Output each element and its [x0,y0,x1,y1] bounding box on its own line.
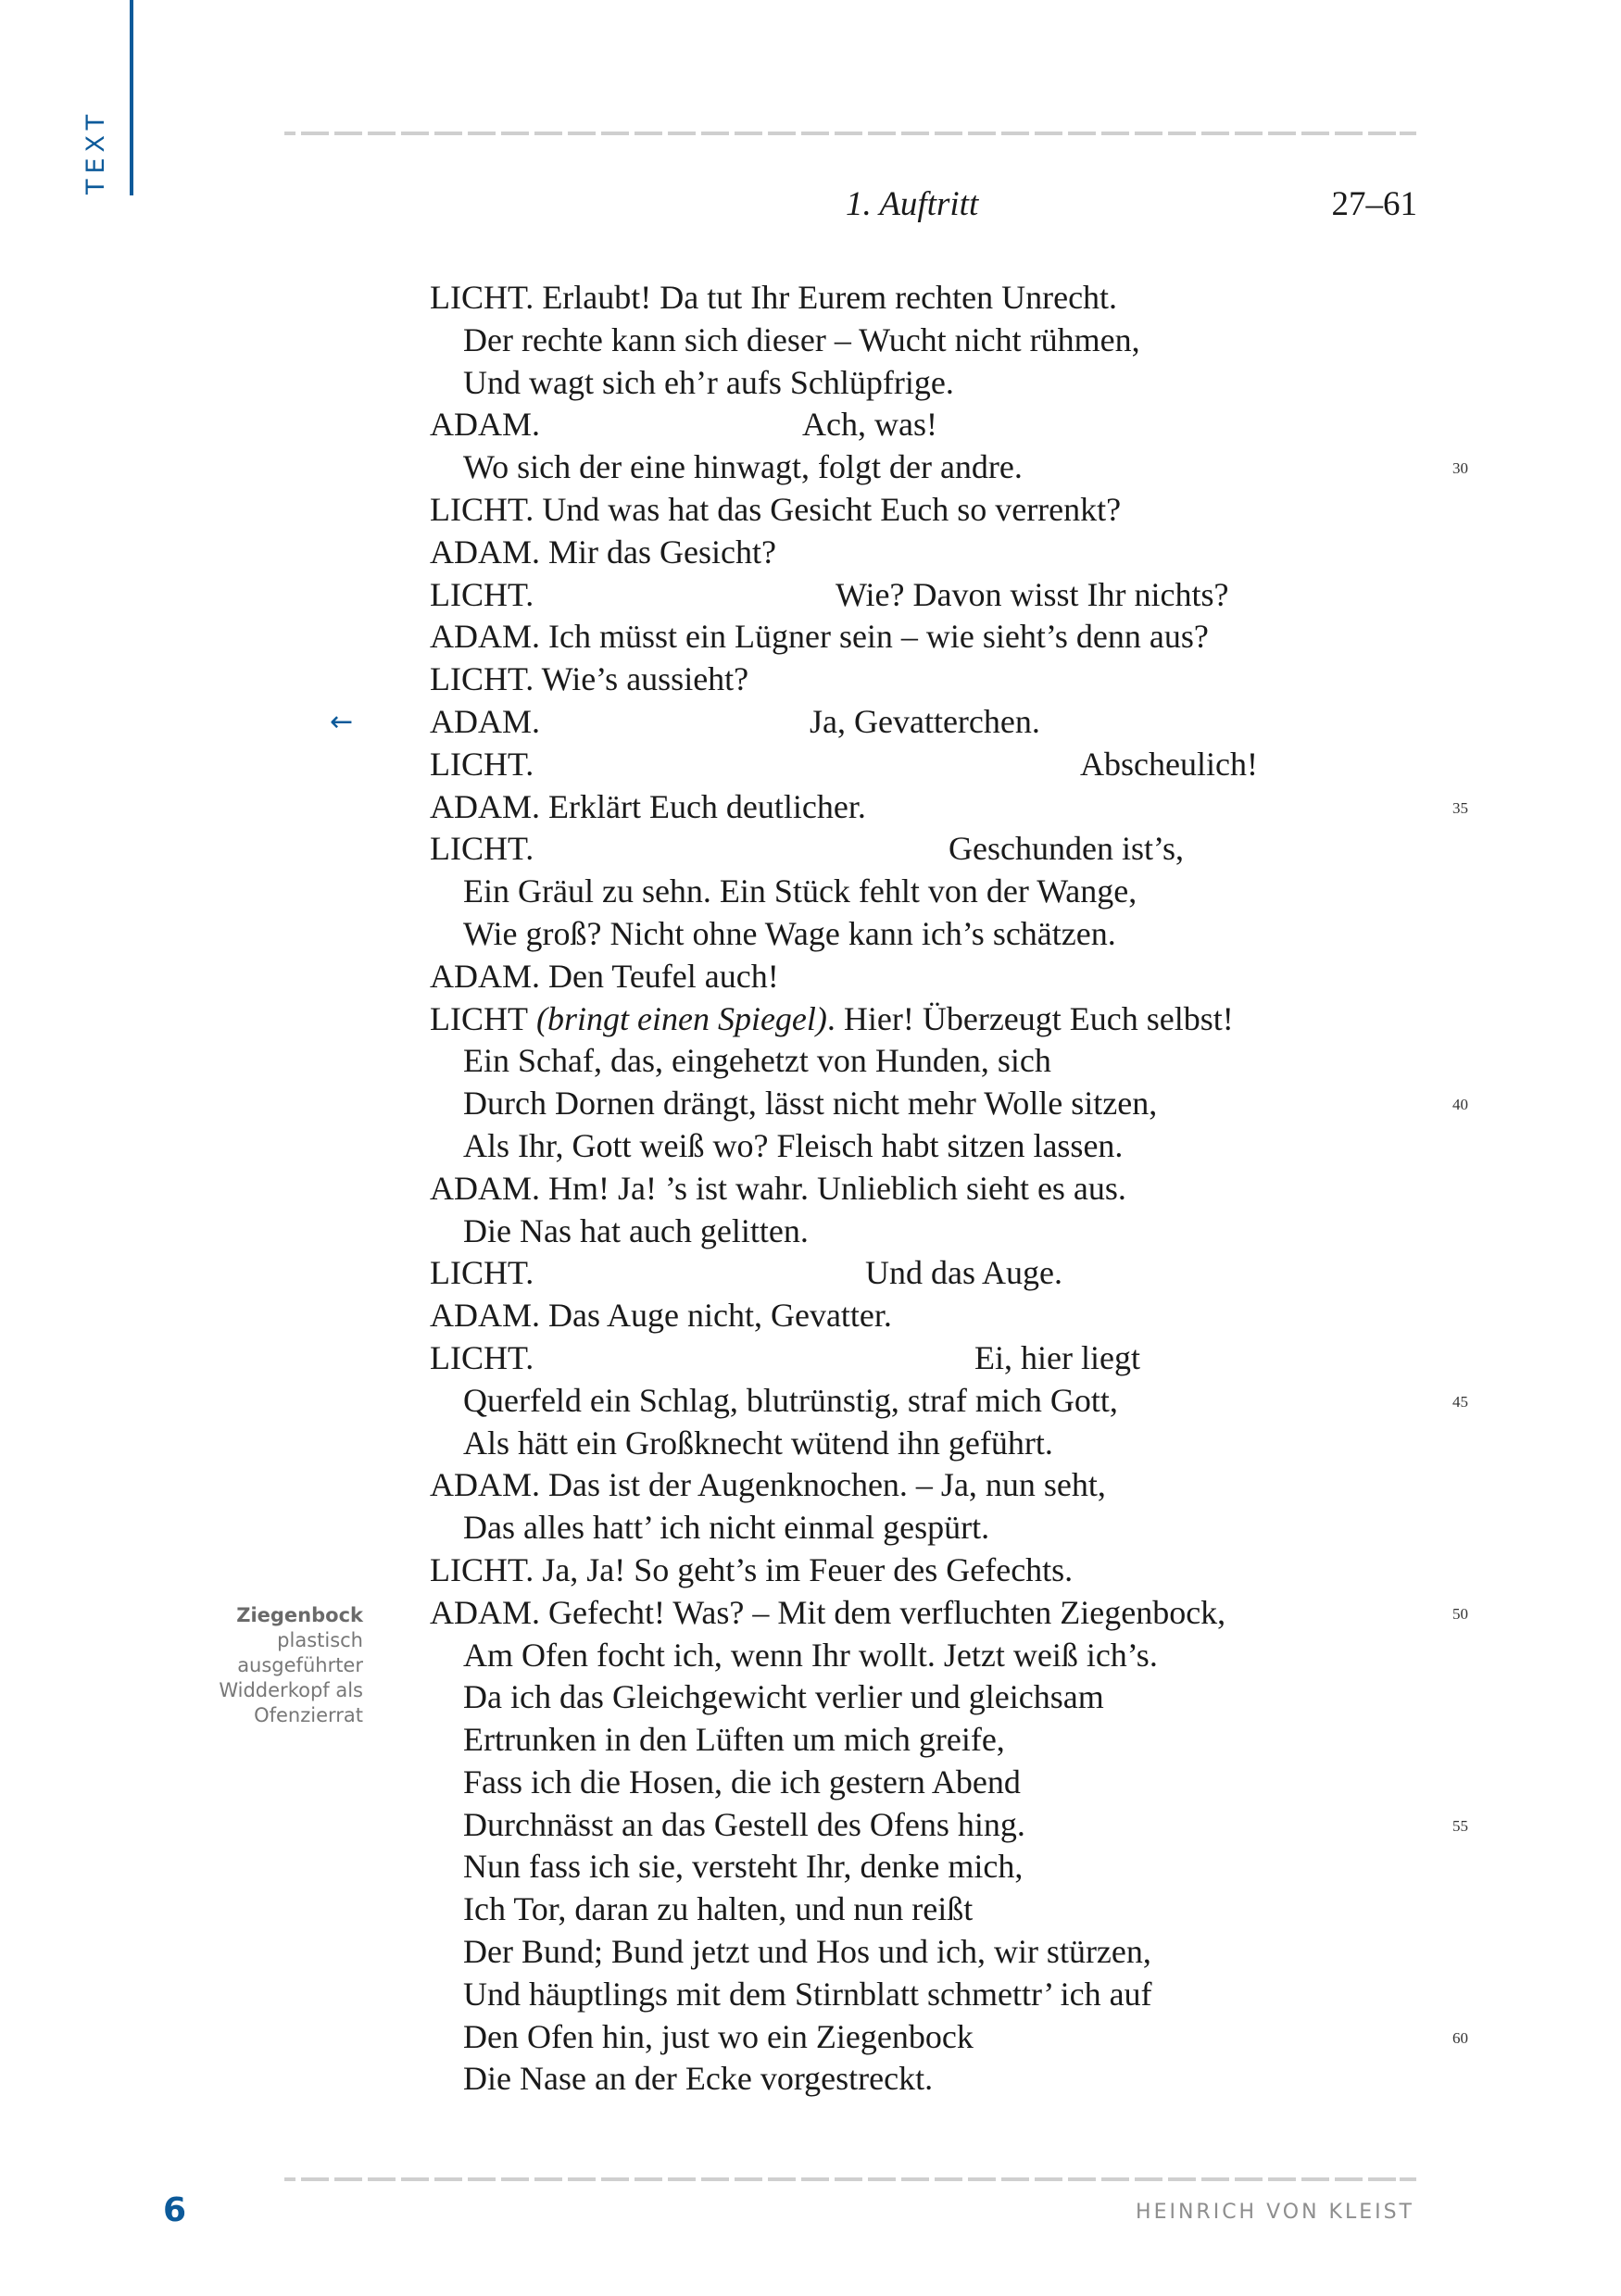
line-text: Ich müsst ein Lügner sein – wie sieht’s … [540,618,1209,655]
verse-line: Der rechte kann sich dieser – Wucht nich… [430,319,1486,361]
section-marker-rule [130,0,133,195]
verse-line: Als hätt ein Großknecht wütend ihn gefüh… [430,1422,1486,1464]
verse-line: LICHT.Und das Auge. [430,1251,1486,1294]
verse-line: Die Nase an der Ecke vorgestreckt. [430,2057,1486,2100]
line-text: Ei, hier liegt [974,1336,1140,1379]
speaker-name: LICHT. [430,660,534,697]
speaker-name: LICHT. [430,279,534,316]
stage-direction: (bringt einen Spiegel) [528,1000,827,1037]
speaker-name: LICHT. [430,1251,534,1294]
speaker-name: ADAM. [430,1466,540,1503]
speaker-name: LICHT. [430,573,534,616]
verse-line: ADAM.Ja, Gevatterchen. [430,700,1486,743]
line-text: Ach, was! [802,403,937,445]
verse-line: LICHT. Und was hat das Gesicht Euch so v… [430,488,1486,531]
speaker-name: LICHT. [430,827,534,870]
speaker-name: ADAM. [430,1297,540,1334]
line-text: Und was hat das Gesicht Euch so verrenkt… [534,491,1121,528]
speech-text: ADAM. Hm! Ja! ’s ist wahr. Unlieblich si… [430,1167,1126,1210]
verse-line: Den Ofen hin, just wo ein Ziegenbock60 [430,2015,1486,2058]
verse-line: Wie groß? Nicht ohne Wage kann ich’s sch… [430,912,1486,955]
speaker-name: ADAM. [430,403,540,445]
verse-line: Durchnässt an das Gestell des Ofens hing… [430,1803,1486,1846]
line-text: Das alles hatt’ ich nicht einmal gespürt… [463,1506,989,1549]
verse-line: Die Nas hat auch gelitten. [430,1210,1486,1252]
speech-text: ADAM. Mir das Gesicht? [430,531,776,573]
line-text: Erlaubt! Da tut Ihr Eurem rechten Unrech… [534,279,1117,316]
page-number: 6 [163,2188,186,2234]
verse-line: LICHT.Geschunden ist’s, [430,827,1486,870]
verse-line: ADAM. Hm! Ja! ’s ist wahr. Unlieblich si… [430,1167,1486,1210]
line-number: 45 [1452,1381,1468,1424]
verse-line: LICHT.Wie? Davon wisst Ihr nichts? [430,573,1486,616]
speaker-name: LICHT. [430,743,534,785]
margin-gloss: Ziegenbock plastisch ausgeführter Widder… [159,1603,363,1728]
line-number: 35 [1452,787,1468,830]
left-arrow-icon: ← [330,704,353,741]
line-text: Querfeld ein Schlag, blutrünstig, straf … [463,1379,1118,1422]
line-text: Ein Schaf, das, eingehetzt von Hunden, s… [463,1039,1051,1082]
verse-line: Am Ofen focht ich, wenn Ihr wollt. Jetzt… [430,1634,1486,1676]
line-text: Ja, Gevatterchen. [810,700,1040,743]
speech-text: LICHT. Erlaubt! Da tut Ihr Eurem rechten… [430,276,1117,319]
line-text: Gefecht! Was? – Mit dem verfluchten Zieg… [540,1594,1225,1631]
verse-line: LICHT.Abscheulich! [430,743,1486,785]
line-text: Das Auge nicht, Gevatter. [540,1297,892,1334]
verse-line: Wo sich der eine hinwagt, folgt der andr… [430,445,1486,488]
line-text: Und wagt sich eh’r aufs Schlüpfrige. [463,361,954,404]
line-text: Abscheulich! [1080,743,1258,785]
line-text: Durchnässt an das Gestell des Ofens hing… [463,1803,1025,1846]
line-text: Mir das Gesicht? [540,533,776,571]
verse-line: Und wagt sich eh’r aufs Schlüpfrige. [430,361,1486,404]
speech-text: LICHT. Wie’s aussieht? [430,658,748,700]
speaker-name: LICHT [430,1000,528,1037]
verse-line: LICHT.Ei, hier liegt [430,1336,1486,1379]
line-text: Den Ofen hin, just wo ein Ziegenbock [463,2015,974,2058]
speaker-name: ADAM. [430,788,540,825]
verse-line: Ein Schaf, das, eingehetzt von Hunden, s… [430,1039,1486,1082]
line-text: Als Ihr, Gott weiß wo? Fleisch habt sitz… [463,1124,1123,1167]
speaker-name: LICHT. [430,1336,534,1379]
line-text: Ein Gräul zu sehn. Ein Stück fehlt von d… [463,870,1137,912]
verse-line: LICHT. Erlaubt! Da tut Ihr Eurem rechten… [430,276,1486,319]
line-text: Ertrunken in den Lüften um mich greife, [463,1718,1005,1761]
line-text: Und das Auge. [865,1251,1062,1294]
footer-dashed-rule [284,2177,1416,2181]
verse-line: Als Ihr, Gott weiß wo? Fleisch habt sitz… [430,1124,1486,1167]
section-tab-label: TEXT [82,109,110,194]
speaker-name: LICHT. [430,1551,534,1588]
line-number: 30 [1452,447,1468,490]
speech-text: ADAM. Das ist der Augenknochen. – Ja, nu… [430,1463,1106,1506]
verse-line: ADAM. Das Auge nicht, Gevatter. [430,1294,1486,1336]
speaker-name: ADAM. [430,700,540,743]
line-text: Wo sich der eine hinwagt, folgt der andr… [463,445,1023,488]
line-text: Hm! Ja! ’s ist wahr. Unlieblich sieht es… [540,1170,1126,1207]
verse-line: Durch Dornen drängt, lässt nicht mehr Wo… [430,1082,1486,1124]
gloss-term: Ziegenbock [159,1603,363,1628]
verse-line: LICHT. Ja, Ja! So geht’s im Feuer des Ge… [430,1549,1486,1591]
line-text: Geschunden ist’s, [949,827,1184,870]
speaker-name: ADAM. [430,958,540,995]
line-text: Und häuptlings mit dem Stirnblatt schmet… [463,1973,1152,2015]
line-text: Den Teufel auch! [540,958,779,995]
verse-range: 27–61 [1332,182,1418,228]
verse-line: Das alles hatt’ ich nicht einmal gespürt… [430,1506,1486,1549]
gloss-line: plastisch [159,1628,363,1653]
gloss-line: Ofenzierrat [159,1703,363,1728]
speech-text: ADAM. Das Auge nicht, Gevatter. [430,1294,892,1336]
verse-line: ADAM. Gefecht! Was? – Mit dem verfluchte… [430,1591,1486,1634]
gloss-line: Widderkopf als [159,1678,363,1703]
speaker-name: ADAM. [430,533,540,571]
line-text: Das ist der Augenknochen. – Ja, nun seht… [540,1466,1106,1503]
verse-line: Und häuptlings mit dem Stirnblatt schmet… [430,1973,1486,2015]
speech-text: ADAM. Den Teufel auch! [430,955,779,997]
line-text: Ja, Ja! So geht’s im Feuer des Gefechts. [534,1551,1073,1588]
line-number: 55 [1452,1805,1468,1848]
speech-text: ADAM. Erklärt Euch deutlicher. [430,785,866,828]
verse-line: ADAM. Ich müsst ein Lügner sein – wie si… [430,615,1486,658]
line-text: Fass ich die Hosen, die ich gestern Aben… [463,1761,1021,1803]
line-text: Als hätt ein Großknecht wütend ihn gefüh… [463,1422,1053,1464]
speech-text: ADAM. Ich müsst ein Lügner sein – wie si… [430,615,1209,658]
line-number: 40 [1452,1084,1468,1126]
line-text: Wie’s aussieht? [534,660,748,697]
verse-line: ADAM. Mir das Gesicht? [430,531,1486,573]
line-number: 50 [1452,1593,1468,1636]
verse-line: LICHT (bringt einen Spiegel). Hier! Über… [430,997,1486,1040]
running-footer-author: HEINRICH VON KLEIST [1136,2199,1414,2227]
verse-line: Da ich das Gleichgewicht verlier und gle… [430,1675,1486,1718]
verse-line: LICHT. Wie’s aussieht? [430,658,1486,700]
speech-text: LICHT. Und was hat das Gesicht Euch so v… [430,488,1121,531]
line-text: Nun fass ich sie, versteht Ihr, denke mi… [463,1845,1023,1888]
line-text: . Hier! Überzeugt Euch selbst! [827,1000,1234,1037]
verse-line: ADAM. Erklärt Euch deutlicher.35 [430,785,1486,828]
speaker-name: LICHT. [430,491,534,528]
speech-text: ADAM. Gefecht! Was? – Mit dem verfluchte… [430,1591,1225,1634]
speaker-name: ADAM. [430,1594,540,1631]
line-text: Der rechte kann sich dieser – Wucht nich… [463,319,1140,361]
line-text: Der Bund; Bund jetzt und Hos und ich, wi… [463,1930,1151,1973]
line-number: 60 [1452,2017,1468,2060]
verse-line: Nun fass ich sie, versteht Ihr, denke mi… [430,1845,1486,1888]
header-dashed-rule [284,132,1416,135]
line-text: Ich Tor, daran zu halten, und nun reißt [463,1888,973,1930]
verse-text: LICHT. Erlaubt! Da tut Ihr Eurem rechten… [430,276,1486,2100]
scene-title: 1. Auftritt [846,182,978,228]
line-text: Da ich das Gleichgewicht verlier und gle… [463,1675,1104,1718]
speech-text: LICHT. Ja, Ja! So geht’s im Feuer des Ge… [430,1549,1073,1591]
verse-line: Der Bund; Bund jetzt und Hos und ich, wi… [430,1930,1486,1973]
verse-line: Ertrunken in den Lüften um mich greife, [430,1718,1486,1761]
verse-line: Fass ich die Hosen, die ich gestern Aben… [430,1761,1486,1803]
verse-line: ADAM. Das ist der Augenknochen. – Ja, nu… [430,1463,1486,1506]
verse-line: ADAM. Den Teufel auch! [430,955,1486,997]
speaker-name: ADAM. [430,1170,540,1207]
speech-text: LICHT (bringt einen Spiegel). Hier! Über… [430,997,1234,1040]
line-text: Wie groß? Nicht ohne Wage kann ich’s sch… [463,912,1116,955]
line-text: Am Ofen focht ich, wenn Ihr wollt. Jetzt… [463,1634,1158,1676]
gloss-line: ausgeführter [159,1653,363,1678]
speaker-name: ADAM. [430,618,540,655]
line-text: Die Nas hat auch gelitten. [463,1210,809,1252]
verse-line: Ich Tor, daran zu halten, und nun reißt [430,1888,1486,1930]
verse-line: Ein Gräul zu sehn. Ein Stück fehlt von d… [430,870,1486,912]
line-text: Durch Dornen drängt, lässt nicht mehr Wo… [463,1082,1157,1124]
line-text: Wie? Davon wisst Ihr nichts? [836,573,1228,616]
line-text: Die Nase an der Ecke vorgestreckt. [463,2057,933,2100]
verse-line: ADAM.Ach, was! [430,403,1486,445]
line-text: Erklärt Euch deutlicher. [540,788,866,825]
verse-line: Querfeld ein Schlag, blutrünstig, straf … [430,1379,1486,1422]
